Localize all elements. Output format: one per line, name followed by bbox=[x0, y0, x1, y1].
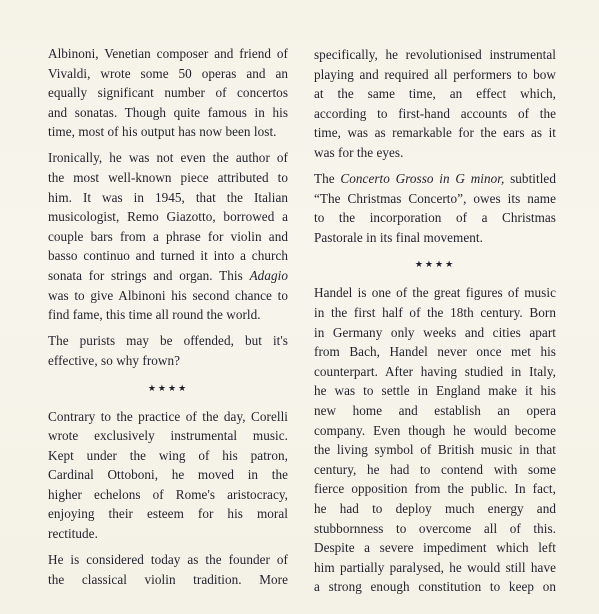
paragraph-albinoni-intro: Albinoni, Venetian composer and friend o… bbox=[48, 44, 288, 142]
text-line: in Germany only weeks and cities apart bbox=[314, 323, 556, 343]
text-line: He is considered today as the founder of bbox=[48, 550, 288, 570]
section-separator-stars: ★★★★ bbox=[314, 257, 556, 271]
right-column: specifically, he revolutionised instrume… bbox=[314, 45, 556, 603]
text-line: wrote exclusively instrumental music. bbox=[48, 426, 288, 446]
text-line: find fame, this time all round the world… bbox=[48, 305, 288, 325]
paragraph-corelli-continued: specifically, he revolutionised instrume… bbox=[314, 45, 556, 163]
text-line: he had to deploy much energy and bbox=[314, 499, 556, 519]
text-segment: The bbox=[314, 171, 335, 186]
text-line: time, most of his output has now been lo… bbox=[48, 122, 288, 142]
text-line: Despite a severe impediment which left bbox=[314, 538, 556, 558]
text-line: stubbornness to overcome all of this. bbox=[314, 519, 556, 539]
text-line: Contrary to the practice of the day, Cor… bbox=[48, 407, 288, 427]
text-line: century, he had to contend with some bbox=[314, 460, 556, 480]
text-line: the living symbol of British music in th… bbox=[314, 440, 556, 460]
text-line: playing and required all performers to b… bbox=[314, 65, 556, 85]
text-line: counterpart. After having studied in Ita… bbox=[314, 362, 556, 382]
text-line: fierce opposition from the public. In fa… bbox=[314, 479, 556, 499]
text-line: Cardinal Ottoboni, he moved in the bbox=[48, 465, 288, 485]
text-line: Handel is one of the great figures of mu… bbox=[314, 283, 556, 303]
paragraph-corelli-founder: He is considered today as the founder of… bbox=[48, 550, 288, 589]
text-line: Vivaldi, wrote some 50 operas and an bbox=[48, 64, 288, 84]
text-line: The purists may be offended, but it's bbox=[48, 331, 288, 351]
text-line: time, was as remarkable for the ears as … bbox=[314, 123, 556, 143]
text-line: new home and establish an opera bbox=[314, 401, 556, 421]
text-line: from Bach, Handel never once met his bbox=[314, 342, 556, 362]
text-line-with-italic: sonata for strings and organ. This Adagi… bbox=[48, 266, 288, 286]
text-line: rectitude. bbox=[48, 524, 288, 544]
text-line: musicologist, Remo Giazotto, borrowed a bbox=[48, 207, 288, 227]
paragraph-corelli-intro: Contrary to the practice of the day, Cor… bbox=[48, 407, 288, 544]
text-segment: sonata for strings and organ. This bbox=[48, 268, 243, 283]
text-line: a strong enough constitution to keep on bbox=[314, 577, 556, 597]
text-line: him. It was in 1945, that the Italian bbox=[48, 188, 288, 208]
text-line: was for the eyes. bbox=[314, 143, 556, 163]
text-line: to the incorporation of a Christmas bbox=[314, 208, 556, 228]
text-line: basso continuo and turned it into a chur… bbox=[48, 246, 288, 266]
text-line: Albinoni, Venetian composer and friend o… bbox=[48, 44, 288, 64]
text-line: in the first half of the 18th century. B… bbox=[314, 303, 556, 323]
text-line: higher echelons of Rome's aristocracy, bbox=[48, 485, 288, 505]
paragraph-albinoni-adagio: Ironically, he was not even the author o… bbox=[48, 148, 288, 324]
text-line: was to give Albinoni his second chance t… bbox=[48, 286, 288, 306]
text-line: he was to settle in England make it his bbox=[314, 381, 556, 401]
text-line-with-italic: The Concerto Grosso in G minor, subtitle… bbox=[314, 169, 556, 189]
text-line: specifically, he revolutionised instrume… bbox=[314, 45, 556, 65]
text-line: at the same time, an effect which, bbox=[314, 84, 556, 104]
text-segment: subtitled bbox=[510, 171, 556, 186]
paragraph-handel: Handel is one of the great figures of mu… bbox=[314, 283, 556, 597]
text-line: according to first-hand accounts of the bbox=[314, 104, 556, 124]
text-line: “The Christmas Concerto”, owes its name bbox=[314, 189, 556, 209]
paragraph-christmas-concerto: The Concerto Grosso in G minor, subtitle… bbox=[314, 169, 556, 247]
text-line: enjoying their esteem for his moral bbox=[48, 504, 288, 524]
text-line: effective, so why frown? bbox=[48, 351, 288, 371]
left-column: Albinoni, Venetian composer and friend o… bbox=[48, 44, 288, 596]
text-line: the classical violin tradition. More bbox=[48, 570, 288, 590]
booklet-page: Albinoni, Venetian composer and friend o… bbox=[0, 0, 599, 614]
text-line: couple bars from a phrase for violin and bbox=[48, 227, 288, 247]
text-line: Ironically, he was not even the author o… bbox=[48, 148, 288, 168]
text-line: equally significant number of concertos bbox=[48, 83, 288, 103]
text-line: the most well-known piece attributed to bbox=[48, 168, 288, 188]
text-line: Pastorale in its final movement. bbox=[314, 228, 556, 248]
text-line: Kept under the wing of his patron, bbox=[48, 446, 288, 466]
italic-title-concerto-grosso: Concerto Grosso in G minor, bbox=[340, 171, 504, 186]
text-line: him partially paralysed, he would still … bbox=[314, 558, 556, 578]
paragraph-purists: The purists may be offended, but it's ef… bbox=[48, 331, 288, 370]
text-line: and sonatas. Though quite famous in his bbox=[48, 103, 288, 123]
text-line: company. Even though he would become bbox=[314, 421, 556, 441]
section-separator-stars: ★★★★ bbox=[48, 381, 288, 395]
italic-title-adagio: Adagio bbox=[250, 268, 288, 283]
